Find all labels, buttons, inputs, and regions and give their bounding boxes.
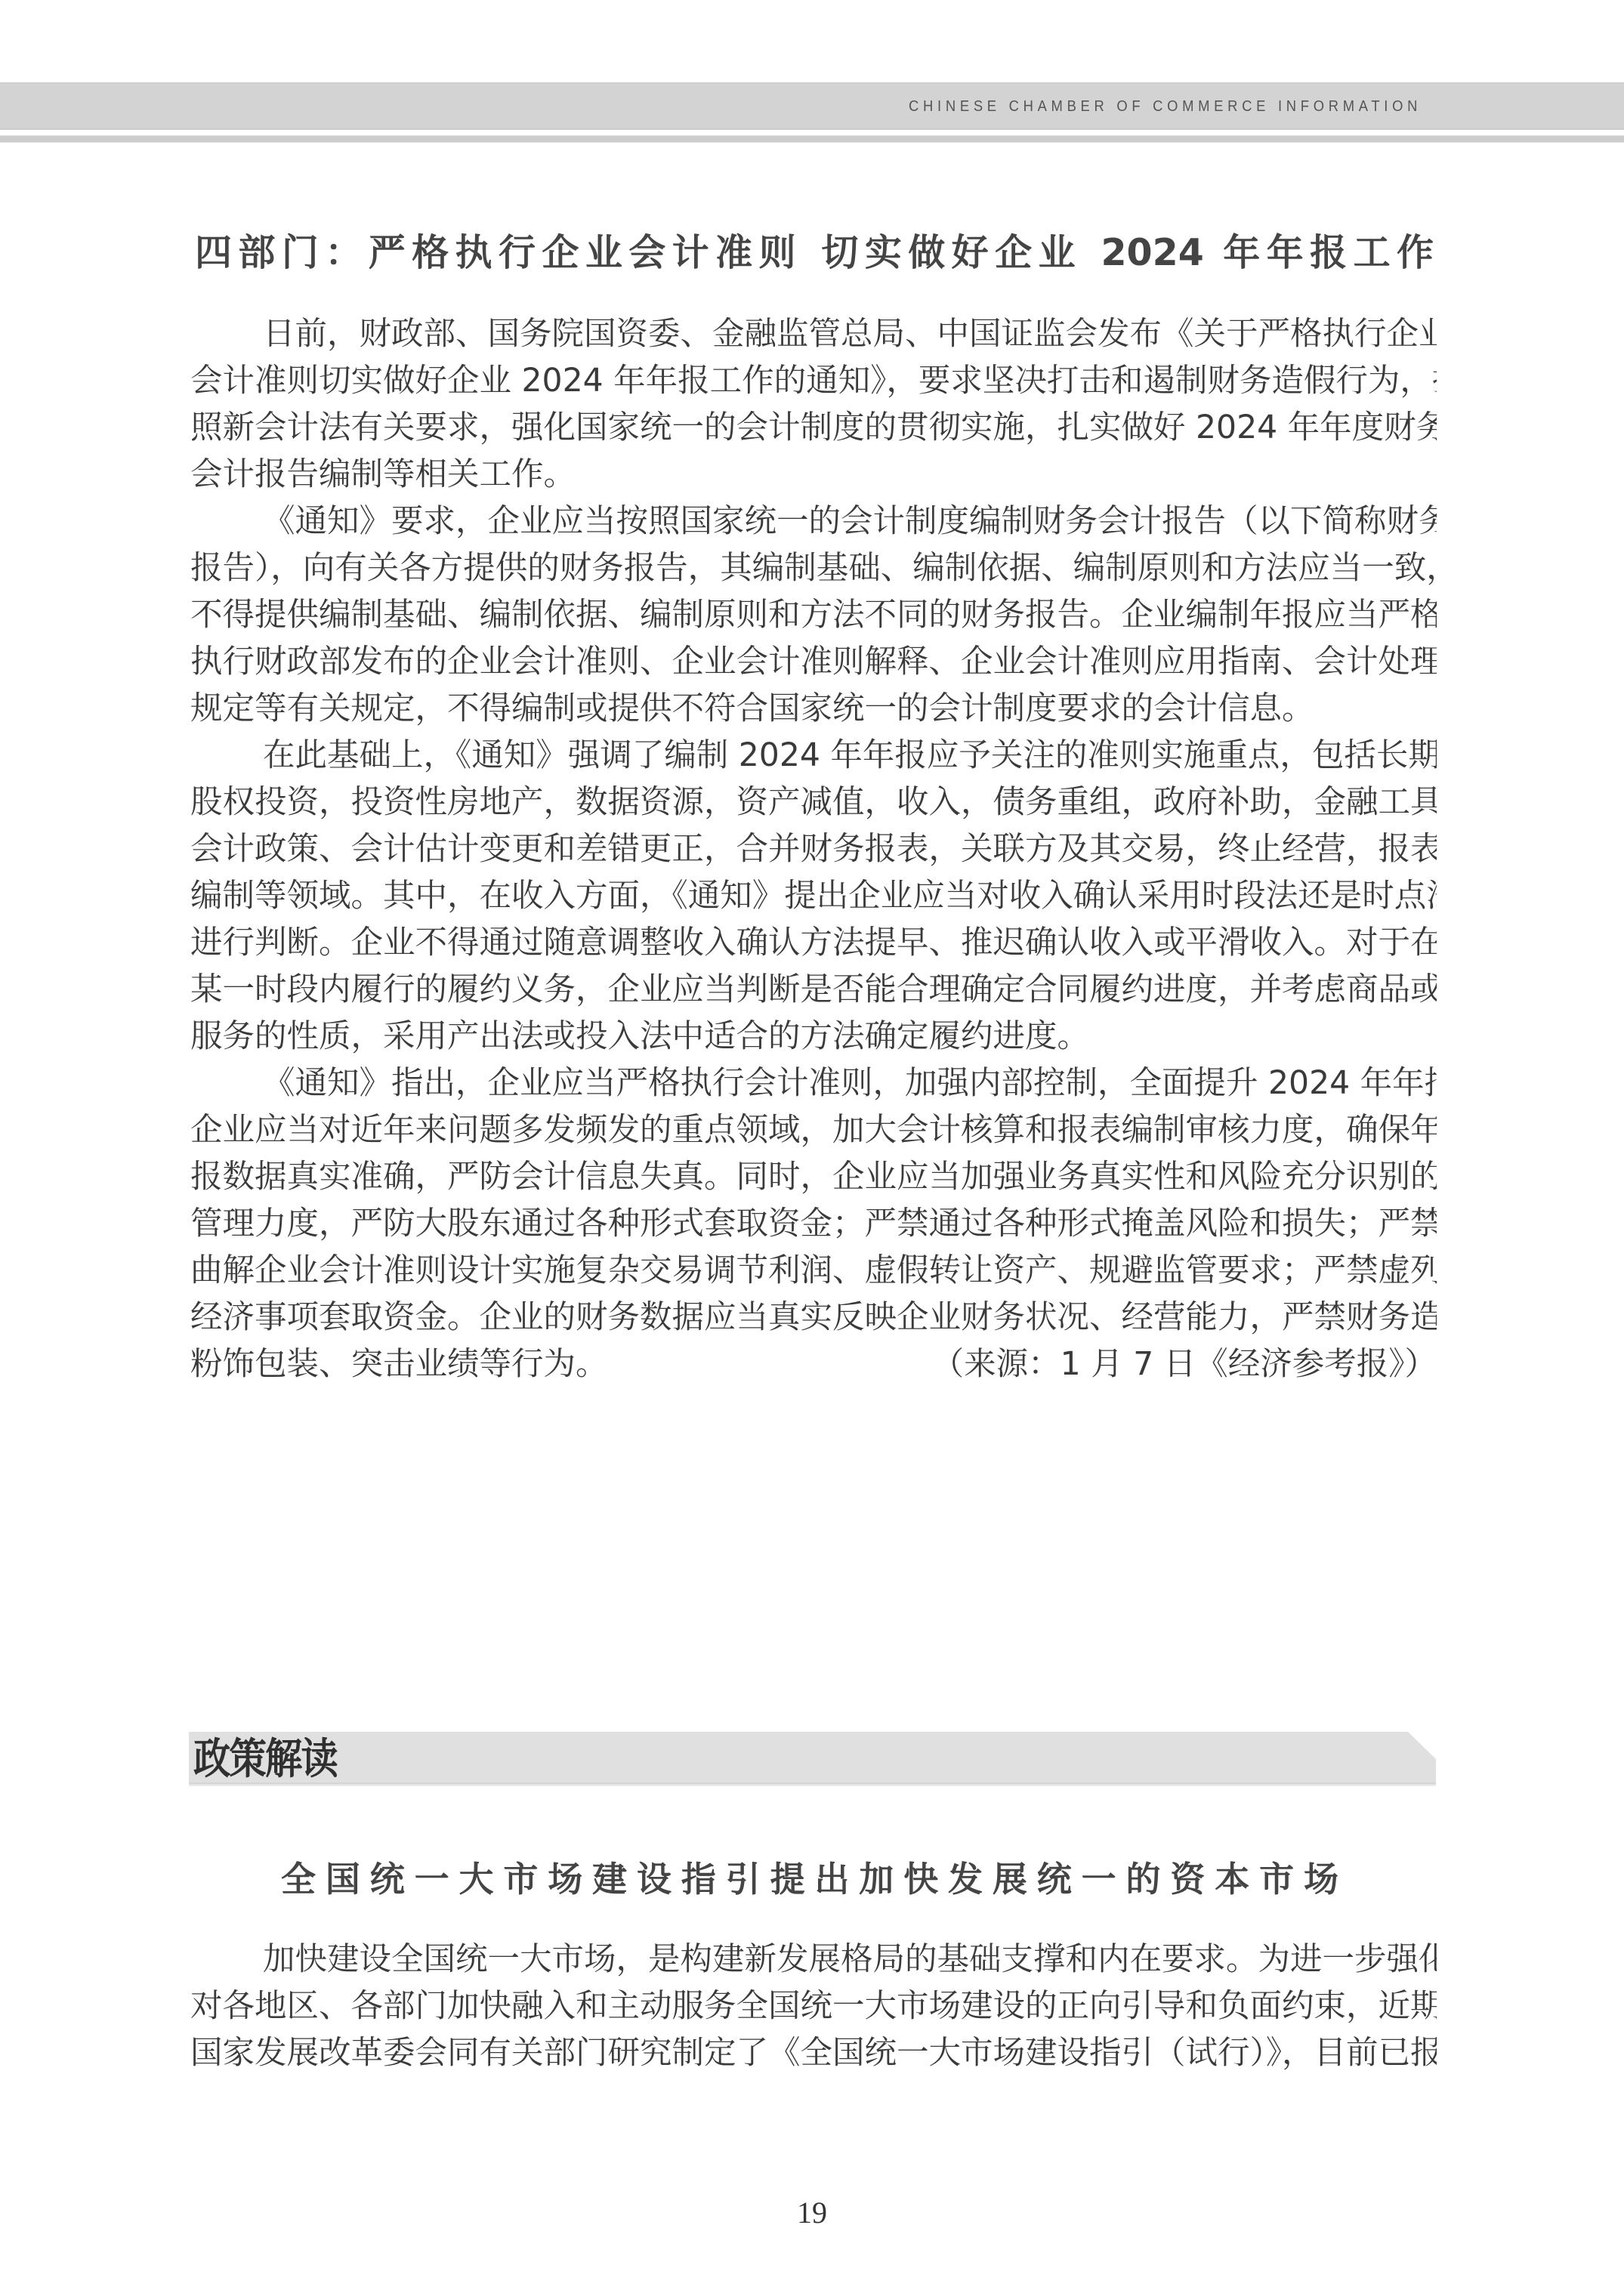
text-line: 执行财政部发布的企业会计准则、企业会计准则解释、企业会计准则应用指南、会计处理 xyxy=(190,639,1437,686)
text-line: 编制等领域。其中，在收入方面，《通知》提出企业应当对收入确认采用时段法还是时点法 xyxy=(190,873,1437,920)
text-line: 国家发展改革委会同有关部门研究制定了《全国统一大市场建设指引（试行）》，目前已报 xyxy=(190,2030,1437,2077)
text-line: 股权投资，投资性房地产，数据资源，资产减值，收入，债务重组，政府补助，金融工具， xyxy=(190,779,1437,826)
article-body: 加快建设全国统一大市场，是构建新发展格局的基础支撑和内在要求。为进一步强化 对各… xyxy=(190,1937,1437,2077)
text-line: 报数据真实准确，严防会计信息失真。同时，企业应当加强业务真实性和风险充分识别的 xyxy=(190,1154,1437,1201)
section-title: 政策解读 xyxy=(193,1734,337,1784)
text-line: 某一时段内履行的履约义务，企业应当判断是否能合理确定合同履约进度，并考虑商品或 xyxy=(190,967,1437,1014)
text-line: 会计报告编制等相关工作。 xyxy=(190,452,1437,498)
text-line: 照新会计法有关要求，强化国家统一的会计制度的贯彻实施，扎实做好 2024 年年度… xyxy=(190,405,1437,452)
paragraph: 《通知》要求，企业应当按照国家统一的会计制度编制财务会计报告（以下简称财务 报告… xyxy=(190,498,1437,733)
text-line: 《通知》要求，企业应当按照国家统一的会计制度编制财务会计报告（以下简称财务 xyxy=(190,498,1437,545)
masthead-divider xyxy=(0,135,1624,143)
text-line: 粉饰包装、突击业绩等行为。 （来源：1 月 7 日《经济参考报》） xyxy=(190,1341,1437,1388)
text-line: 不得提供编制基础、编制依据、编制原则和方法不同的财务报告。企业编制年报应当严格 xyxy=(190,592,1437,639)
section-header-band xyxy=(189,1732,1437,1786)
text-line: 日前，财政部、国务院国资委、金融监管总局、中国证监会发布《关于严格执行企业 xyxy=(190,311,1437,358)
paragraph: 日前，财政部、国务院国资委、金融监管总局、中国证监会发布《关于严格执行企业 会计… xyxy=(190,311,1437,498)
section-band-shape xyxy=(189,1732,1437,1786)
text-line: 《通知》指出，企业应当严格执行会计准则，加强内部控制，全面提升 2024 年年报… xyxy=(190,1060,1437,1107)
closing-text: 粉饰包装、突击业绩等行为。 xyxy=(190,1341,608,1388)
source-attribution: （来源：1 月 7 日《经济参考报》） xyxy=(932,1341,1437,1388)
article-body: 日前，财政部、国务院国资委、金融监管总局、中国证监会发布《关于严格执行企业 会计… xyxy=(190,311,1437,1388)
paragraph: 在此基础上，《通知》强调了编制 2024 年年报应予关注的准则实施重点，包括长期… xyxy=(190,733,1437,1060)
text-line: 规定等有关规定，不得编制或提供不符合国家统一的会计制度要求的会计信息。 xyxy=(190,686,1437,733)
text-line: 在此基础上，《通知》强调了编制 2024 年年报应予关注的准则实施重点，包括长期 xyxy=(190,733,1437,779)
paragraph: 《通知》指出，企业应当严格执行会计准则，加强内部控制，全面提升 2024 年年报… xyxy=(190,1060,1437,1388)
text-line: 对各地区、各部门加快融入和主动服务全国统一大市场建设的正向引导和负面约束，近期 xyxy=(190,1983,1437,2030)
text-line: 进行判断。企业不得通过随意调整收入确认方法提早、推迟确认收入或平滑收入。对于在 xyxy=(190,920,1437,967)
page-number: 19 xyxy=(778,2194,846,2232)
paragraph: 加快建设全国统一大市场，是构建新发展格局的基础支撑和内在要求。为进一步强化 对各… xyxy=(190,1937,1437,2077)
text-line: 会计政策、会计估计变更和差错更正，合并财务报表，关联方及其交易，终止经营，报表 xyxy=(190,826,1437,873)
article-title: 全国统一大市场建设指引提出加快发展统一的资本市场 xyxy=(281,1850,1338,1908)
publication-name: CHINESE CHAMBER OF COMMERCE INFORMATION xyxy=(909,97,1422,116)
text-line: 经济事项套取资金。企业的财务数据应当真实反映企业财务状况、经营能力，严禁财务造假… xyxy=(190,1295,1437,1341)
text-line: 管理力度，严防大股东通过各种形式套取资金；严禁通过各种形式掩盖风险和损失；严禁 xyxy=(190,1201,1437,1248)
text-line: 报告），向有关各方提供的财务报告，其编制基础、编制依据、编制原则和方法应当一致， xyxy=(190,545,1437,592)
text-line: 企业应当对近年来问题多发频发的重点领域，加大会计核算和报表编制审核力度，确保年 xyxy=(190,1107,1437,1154)
text-line: 加快建设全国统一大市场，是构建新发展格局的基础支撑和内在要求。为进一步强化 xyxy=(190,1937,1437,1983)
text-line: 曲解企业会计准则设计实施复杂交易调节利润、虚假转让资产、规避监管要求；严禁虚列 xyxy=(190,1248,1437,1295)
text-line: 服务的性质，采用产出法或投入法中适合的方法确定履约进度。 xyxy=(190,1014,1437,1060)
text-line: 会计准则切实做好企业 2024 年年报工作的通知》，要求坚决打击和遏制财务造假行… xyxy=(190,358,1437,405)
article-title: 四部门：严格执行企业会计准则 切实做好企业 2024 年年报工作 xyxy=(195,227,1434,279)
